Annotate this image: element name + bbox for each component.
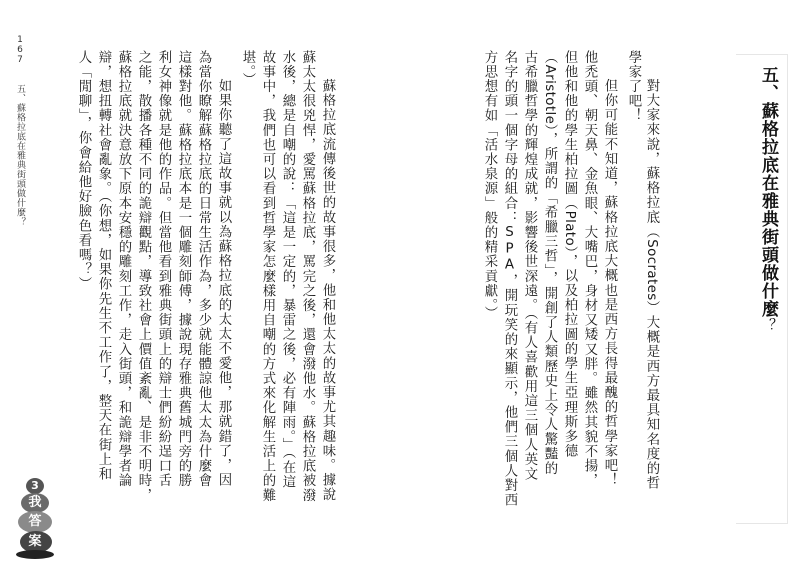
paragraph-column: 蘇格拉底就決意放下原本安穩的雕刻工作，走入街頭，和詭辯學者論: [115, 50, 131, 488]
paragraph-column: 人「閒聊」，你會給他好臉色看嗎？）: [75, 50, 91, 292]
paragraph-column: 蘇格拉底流傳後世的故事很多，他和他太太的故事尤其趣味。據說: [319, 64, 335, 502]
series-logo: 3 我 答 案: [16, 478, 54, 560]
paragraph-column: 但他和他的學生柏拉圖（Plato），以及柏拉圖的學生亞理斯多德: [561, 50, 577, 458]
paragraph-column: 名字的頭一個字母的組合：SPA，開玩笑的來顯示，他們三個人對西: [501, 50, 517, 507]
paragraph-column: 為當你瞭解蘇格拉底的日常生活作為，多少就能體諒他太太為什麼會: [195, 50, 211, 488]
logo-char: 我: [16, 496, 54, 510]
paragraph-column: 古希臘哲學的輝煌成就，影響後世深遠。（有人喜歡用這三個人英文: [521, 50, 537, 481]
logo-char: 案: [16, 535, 54, 549]
paragraph-column: 他禿頭、朝天鼻、金魚眼、大嘴巴，身材又矮又胖。雖然其貌不揚，: [581, 50, 597, 488]
paragraph-column: （Aristotle），所謂的「希臘三哲」，開創了人類歷史上令人驚豔的: [541, 50, 557, 476]
paragraph-column: 方思想有如「活水泉源」般的精采貢獻。）: [481, 50, 497, 321]
paragraph-column: 這樣對他。蘇格拉底本是一個雕刻師傅，據說現存雅典舊城門旁的勝: [175, 50, 191, 488]
logo-number: 3: [16, 479, 54, 493]
paragraph-column: 辯，想扭轉社會亂象。（你想，如果你先生不工作了，整天在街上和: [95, 50, 111, 481]
chapter-title: 五、蘇格拉底在雅典街頭做什麼？: [758, 66, 778, 333]
paragraph-column: 蘇太太很兇悍，愛罵蘇格拉底，罵完之後，還會潑他水。蘇格拉底被潑: [299, 50, 315, 503]
chapter-title-mark: ？: [760, 318, 776, 333]
page-number: 167: [15, 35, 25, 65]
paragraph-column: 水後，總是自嘲的說：「這是一定的，暴雷之後，必有陣雨。」（在這: [279, 50, 295, 489]
paragraph-column: 學家了吧！: [625, 50, 641, 123]
running-header: 五、蘇格拉底在雅典街頭做什麼？: [15, 84, 25, 227]
paragraph-column: 之能，散播各種不同的詭辯觀點，導致社會上價值紊亂、是非不明時，: [135, 50, 151, 503]
logo-char: 答: [16, 515, 54, 529]
paragraph-column: 但你可能不知道，蘇格拉底大概也是西方長得最醜的哲學家吧！: [601, 64, 617, 487]
paragraph-column: 利女神像就是他的作品。但當他看到雅典街頭上的辯士們紛紛逞口舌: [155, 50, 171, 488]
paragraph-column: 如果你聽了這故事就以為蘇格拉底的太太不愛他，那就錯了，因: [215, 64, 231, 487]
chapter-title-text: 五、蘇格拉底在雅典街頭做什麼: [758, 66, 778, 318]
paragraph-column: 對大家來說，蘇格拉底（Socrates）大概是西方最具知名度的哲: [643, 64, 659, 490]
logo-base-icon: [16, 550, 54, 559]
paragraph-column: 故事中，我們也可以看到哲學家怎麼樣用自嘲的方式來化解生活上的難: [259, 50, 275, 503]
paragraph-column: 堪。）: [239, 50, 255, 87]
